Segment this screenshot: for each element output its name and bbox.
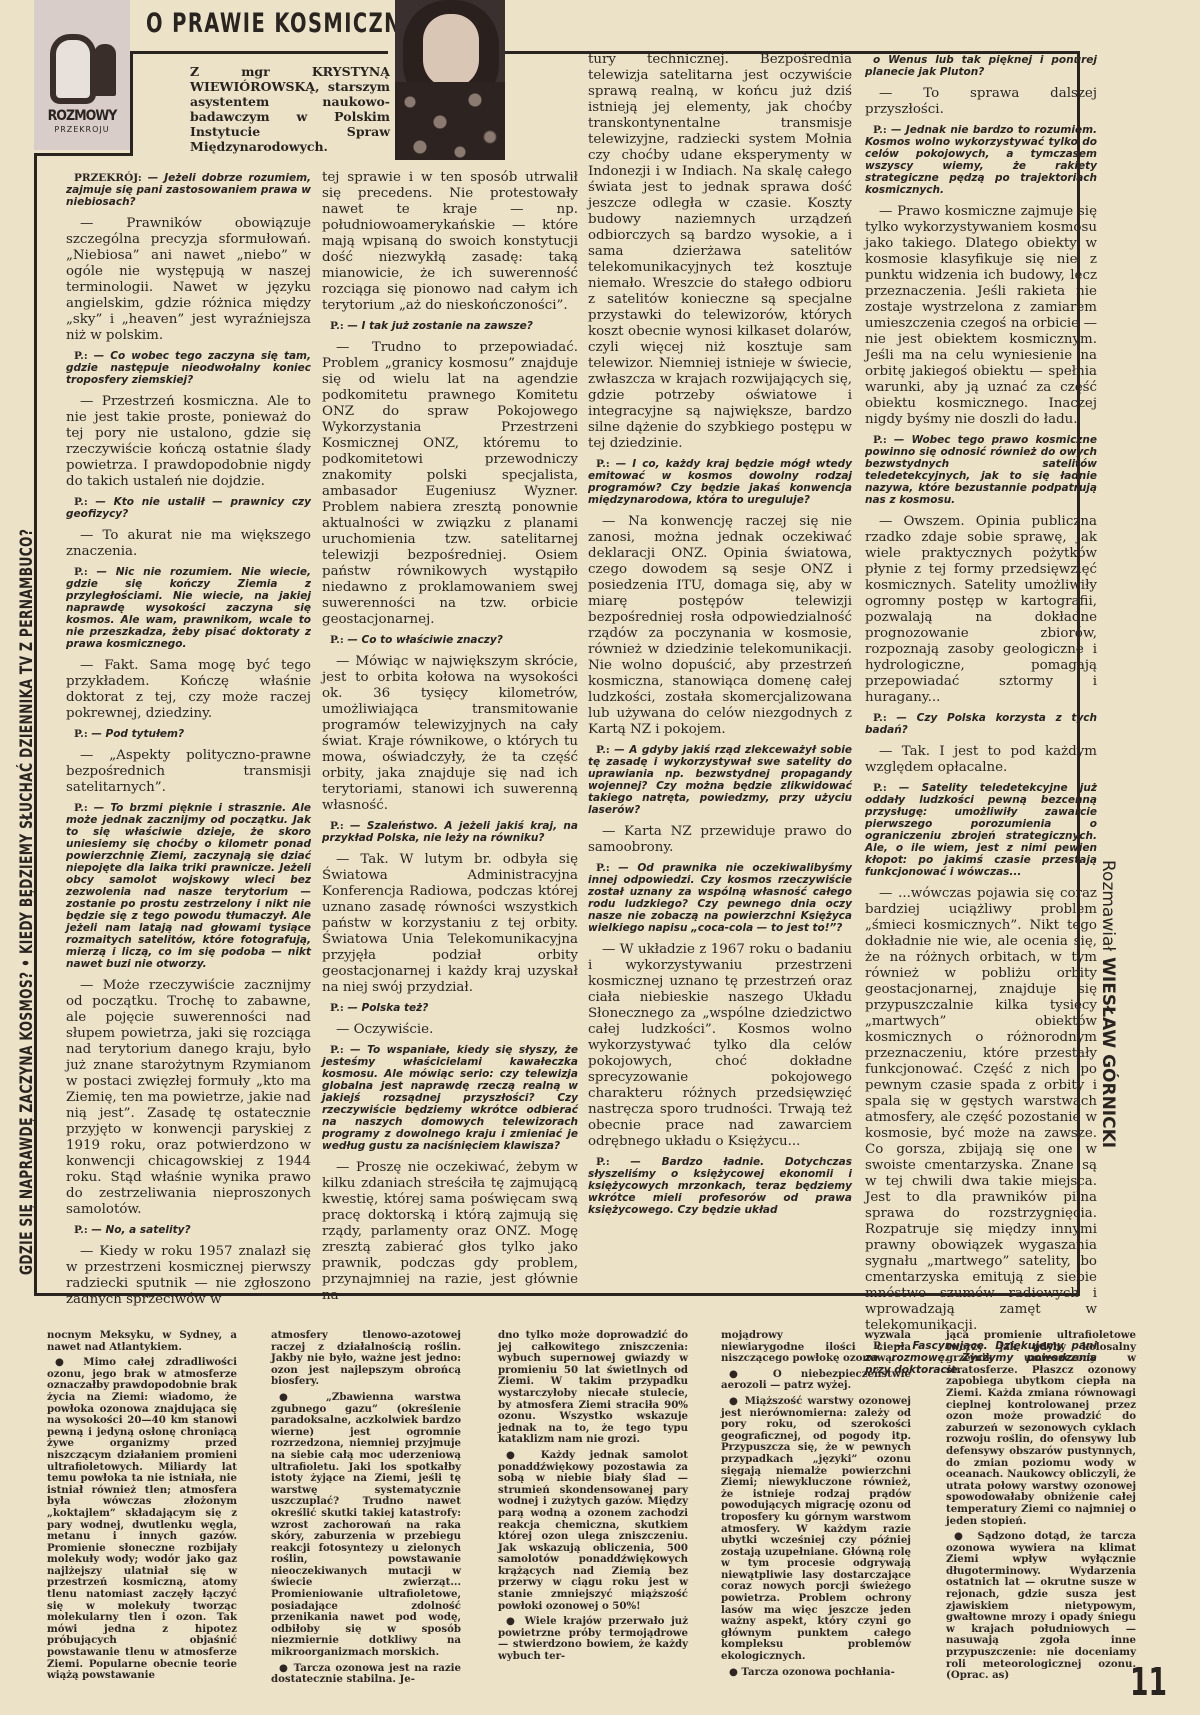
interviewee-answer: — Owszem. Opinia publiczna rzadko zdaje … <box>865 514 1097 706</box>
speaker-label: P.: <box>596 458 610 470</box>
interviewee-answer: — ...wówczas pojawia się coraz bardziej … <box>865 886 1097 1334</box>
interviewer-question: P.: — Szaleństwo. A jeżeli jakiś kraj, n… <box>322 820 578 844</box>
interviewee-answer: — Prawo kosmiczne zajmuje się tylko wyko… <box>865 204 1097 428</box>
byline-label: Rozmawiał <box>1098 860 1118 951</box>
ozone-paragraph: ● Mimo całej zdradliwości ozonu, jego br… <box>47 1357 237 1682</box>
byline-author: WIESŁAW GÓRNICKI <box>1098 957 1118 1148</box>
interview-column-4: o Wenus lub tak pięknej i ponurej planec… <box>865 52 1097 1384</box>
ozone-paragraph: ● Wiele krajów przerwało już powietrzne … <box>498 1616 688 1662</box>
interview-intro: Z mgr KRYSTYNĄ WIEWIÓROWSKĄ, starszym as… <box>190 64 390 154</box>
speaker-label: P.: <box>873 434 887 446</box>
speaker-label: P.: <box>74 728 88 740</box>
interviewer-question: P.: — Od prawnika nie oczekiwalibyśmy in… <box>588 862 852 934</box>
interviewer-question: P.: — I tak już zostanie na zawsze? <box>322 320 578 332</box>
interviewee-answer: — Na konwencję raczej się nie zanosi, mo… <box>588 514 852 738</box>
speaker-label: P.: <box>74 802 88 814</box>
interviewee-answer: — Oczywiście. <box>322 1022 578 1038</box>
ozone-paragraph: ● Każdy jednak samolot ponaddźwiękowy po… <box>498 1450 688 1612</box>
logo-line1: ROZMOWY <box>42 108 122 124</box>
speaker-label: P.: <box>74 496 88 508</box>
interviewee-answer: — Karta NZ przewiduje prawo do samoobron… <box>588 824 852 856</box>
continued-text: tury technicznej. Bezpośrednia telewizja… <box>588 52 852 452</box>
ozone-paragraph: mojądrowy wyzwala niewiarygodne ilości c… <box>721 1330 911 1365</box>
speaker-label: P.: <box>873 782 887 794</box>
interviewer-question: P.: — I co, każdy kraj będzie mógł wtedy… <box>588 458 852 506</box>
frame-rule-top-b <box>34 153 133 156</box>
speaker-label: P.: <box>330 320 344 332</box>
speaker-label: P.: <box>873 712 887 724</box>
interview-column-3: tury technicznej. Bezpośrednia telewizja… <box>588 52 852 1224</box>
photo-face <box>423 14 479 88</box>
ozone-column-5: jąca promienie ultrafioletowe tworzy jak… <box>946 1330 1136 1686</box>
interviewer-question: P.: — To wspaniałe, kiedy się słyszy, że… <box>322 1044 578 1152</box>
frame-rule-left-a <box>130 51 133 155</box>
speaker-label: P.: <box>74 566 88 578</box>
interviewer-question: P.: — Pod tytułem? <box>66 728 311 740</box>
speaker-label: P.: <box>330 1002 344 1014</box>
interviewer-question: o Wenus lub tak pięknej i ponurej planec… <box>865 54 1097 78</box>
photo-floral-dress <box>395 82 505 160</box>
interviewer-question: P.: — Satelity teledetekcyjne już oddały… <box>865 782 1097 878</box>
side-headline-left: GDZIE SIĘ NAPRAWDĘ ZACZYNA KOSMOS? • KIE… <box>14 85 40 1275</box>
interviewer-question: P.: — Co wobec tego zaczyna się tam, gdz… <box>66 350 311 386</box>
interviewee-answer: — Może rzeczywiście zacznijmy od początk… <box>66 978 311 1218</box>
interviewer-question: P.: — Czy Polska korzysta z tych badań? <box>865 712 1097 736</box>
interviewer-question: P.: — Kto nie ustalił — prawnicy czy geo… <box>66 496 311 520</box>
speaker-label: P.: <box>873 124 887 136</box>
ozone-column-2: atmosfery tlenowo-azotowej raczej z dzia… <box>271 1330 461 1690</box>
interviewee-answer: — Kiedy w roku 1957 znalazł się w przest… <box>66 1244 311 1308</box>
interviewee-answer: — Prawników obowiązuje szczególna precyz… <box>66 216 311 344</box>
speaker-label: P.: <box>330 1044 344 1056</box>
frame-rule-top-a <box>130 51 388 54</box>
ozone-paragraph: ● „Zbawienna warstwa zgubnego gazu” (okr… <box>271 1392 461 1659</box>
side-byline: Rozmawiał WIESŁAW GÓRNICKI <box>1096 860 1120 1300</box>
ozone-column-4: mojądrowy wyzwala niewiarygodne ilości c… <box>721 1330 911 1682</box>
interviewer-question: P.: — A gdyby jakiś rząd zlekceważył sob… <box>588 744 852 816</box>
speaker-label: P.: <box>330 634 344 646</box>
logo-line2: PRZEKROJU <box>42 125 122 134</box>
interviewer-question: PRZEKRÓJ: — Jeżeli dobrze rozumiem, zajm… <box>66 172 311 208</box>
speaker-label: P.: <box>74 1224 88 1236</box>
rozmowy-przekroju-logo: ROZMOWY PRZEKROJU <box>34 0 130 150</box>
interviewee-answer: — „Aspekty polityczno-prawne bezpośredni… <box>66 748 311 796</box>
speaker-label: P.: <box>74 350 88 362</box>
interviewer-question: P.: — Bardzo ładnie. Dotychczas słyszeli… <box>588 1156 852 1216</box>
interviewer-question: P.: — No, a satelity? <box>66 1224 311 1236</box>
speaker-label: PRZEKRÓJ: <box>74 172 142 184</box>
speaker-label: P.: <box>330 820 344 832</box>
interview-column-1: PRZEKRÓJ: — Jeżeli dobrze rozumiem, zajm… <box>66 170 311 1314</box>
ozone-paragraph: jąca promienie ultrafioletowe tworzy jak… <box>946 1330 1136 1527</box>
interviewer-question: P.: — To brzmi pięknie i strasznie. Ale … <box>66 802 311 970</box>
ozone-column-3: dno tylko może doprowadzić do jej całkow… <box>498 1330 688 1667</box>
interviewee-answer: — Tak. I jest to pod każdym względem opł… <box>865 744 1097 776</box>
ozone-paragraph: ● Tarcza ozonowa pochłania- <box>721 1667 911 1679</box>
logo-figure-icon <box>56 40 90 98</box>
speaker-label: P.: <box>596 1156 610 1168</box>
ozone-paragraph: atmosfery tlenowo-azotowej raczej z dzia… <box>271 1330 461 1388</box>
interviewee-answer: — Fakt. Sama mogę być tego przykładem. K… <box>66 658 311 722</box>
ozone-paragraph: ● Tarcza ozonowa jest na razie dostatecz… <box>271 1663 461 1686</box>
continued-text: tej sprawie i w ten sposób utrwalił się … <box>322 170 578 314</box>
speaker-label: P.: <box>596 744 610 756</box>
interviewee-answer: — Tak. W lutym br. odbyła się Światowa A… <box>322 852 578 996</box>
ozone-paragraph: ● Sądzono dotąd, że tarcza ozonowa wywie… <box>946 1531 1136 1682</box>
interviewee-answer: — Proszę nie oczekiwać, żebym w kilku zd… <box>322 1160 578 1304</box>
interviewee-answer: — Przestrzeń kosmiczna. Ale to nie jest … <box>66 394 311 490</box>
side-headline-text: GDZIE SIĘ NAPRAWDĘ ZACZYNA KOSMOS? • KIE… <box>14 529 40 1275</box>
interviewee-answer: — To akurat nie ma większego znaczenia. <box>66 528 311 560</box>
interviewer-question: P.: — Jednak nie bardzo to rozumiem. Kos… <box>865 124 1097 196</box>
interviewee-photo <box>395 0 505 160</box>
interviewer-question: P.: — Nic nie rozumiem. Nie wiecie, gdzi… <box>66 566 311 650</box>
interviewer-question: P.: — Polska też? <box>322 1002 578 1014</box>
ozone-paragraph: ● Miąższość warstwy ozonowej jest nierów… <box>721 1396 911 1663</box>
interviewee-answer: — W układzie z 1967 roku o badaniu i wyk… <box>588 942 852 1150</box>
interviewee-answer: — To sprawa dalszej przyszłości. <box>865 86 1097 118</box>
interviewee-answer: — Mówiąc w największym skrócie, jest to … <box>322 654 578 814</box>
speaker-label: P.: <box>596 862 610 874</box>
interviewer-question: P.: — Co to właściwie znaczy? <box>322 634 578 646</box>
interview-column-2: tej sprawie i w ten sposób utrwalił się … <box>322 170 578 1310</box>
interviewee-answer: — Trudno to przepowiadać. Problem „grani… <box>322 340 578 628</box>
ozone-paragraph: dno tylko może doprowadzić do jej całkow… <box>498 1330 688 1446</box>
ozone-paragraph: nocnym Meksyku, w Sydney, a nawet nad At… <box>47 1330 237 1353</box>
page-number: 11 <box>1130 1660 1167 1704</box>
ozone-column-1: nocnym Meksyku, w Sydney, a nawet nad At… <box>47 1330 237 1686</box>
logo-silhouette-icon <box>94 44 116 96</box>
ozone-paragraph: ● O niebezpieczeństwie aerozoli — patrz … <box>721 1369 911 1392</box>
interviewer-question: P.: — Wobec tego prawo kosmiczne powinno… <box>865 434 1097 506</box>
